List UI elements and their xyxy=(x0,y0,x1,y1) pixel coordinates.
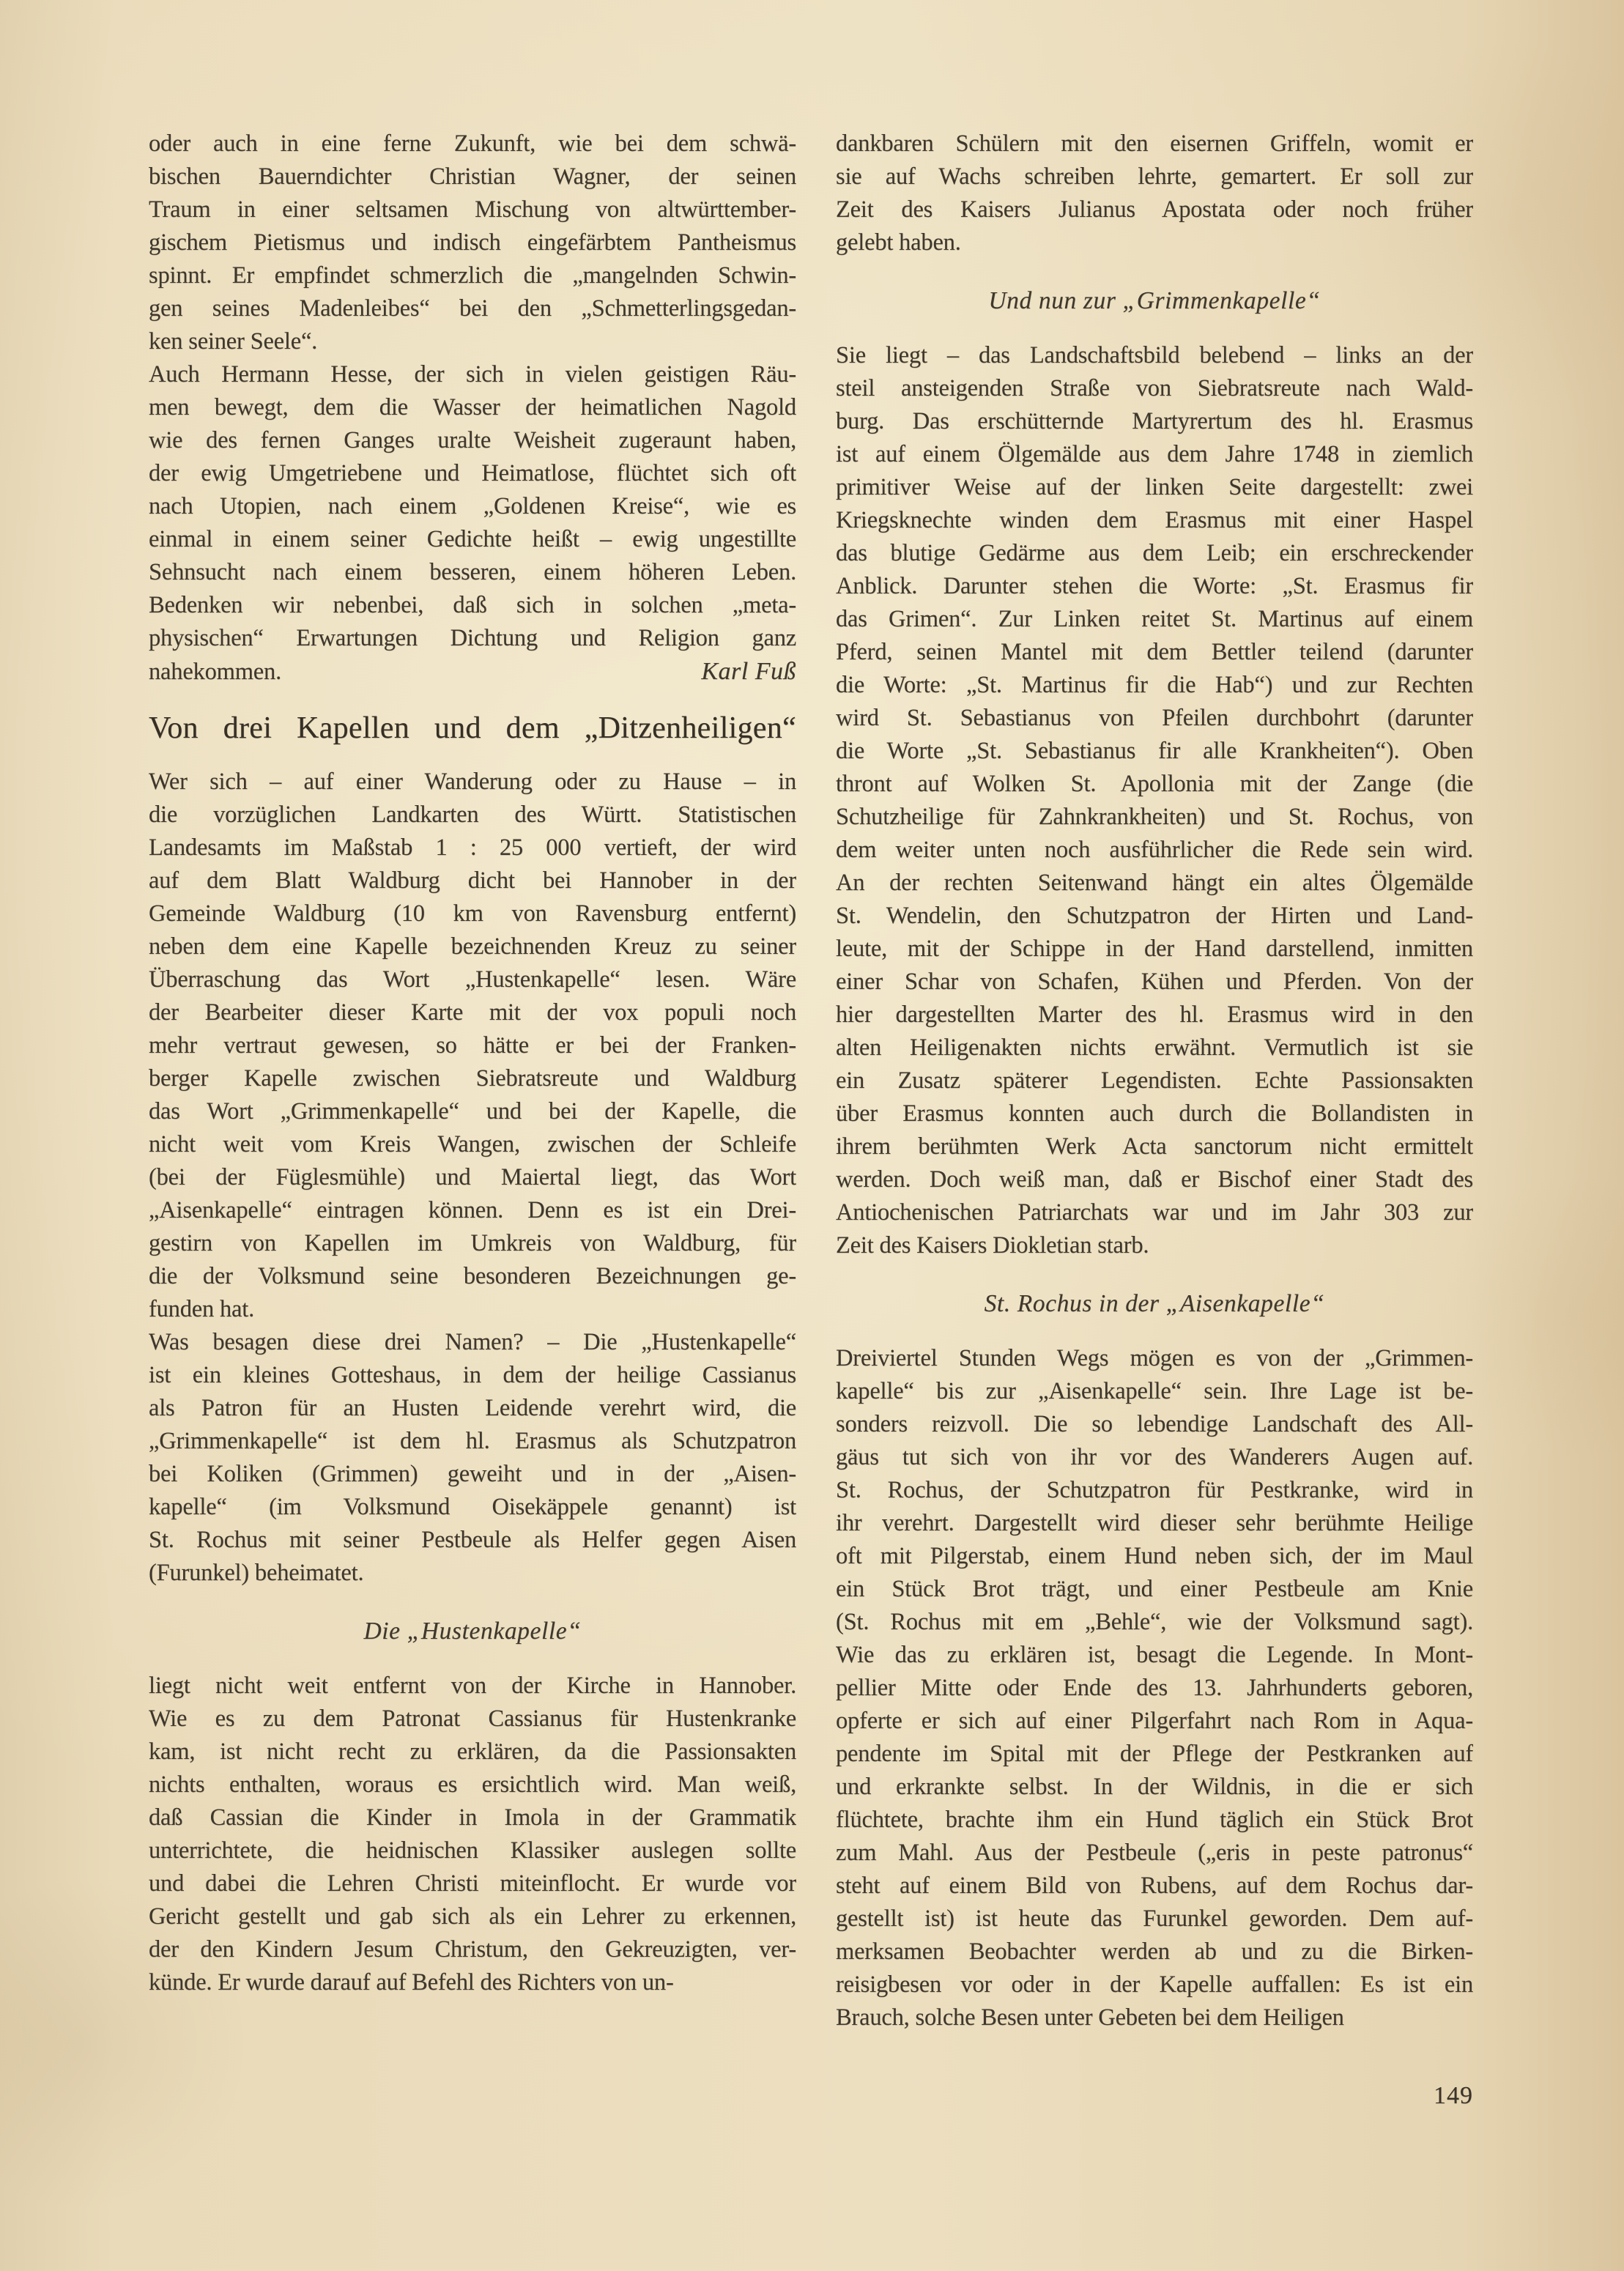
text-line: daß Cassian die Kinder in Imola in der G… xyxy=(149,1801,796,1834)
page-number: 149 xyxy=(836,2082,1473,2110)
text-line: opferte er sich auf einer Pilgerfahrt na… xyxy=(836,1705,1473,1738)
text-line: Anblick. Darunter stehen die Worte: „St.… xyxy=(836,570,1473,603)
paragraph: Was besagen diese drei Namen? – Die „Hus… xyxy=(149,1326,796,1590)
text-line: Überraschung das Wort „Hustenkapelle“ le… xyxy=(149,963,796,996)
text-line: das Grimen“. Zur Linken reitet St. Marti… xyxy=(836,603,1473,636)
text-line: nahekommen.Karl Fuß xyxy=(149,655,796,688)
paragraph: oder auch in eine ferne Zukunft, wie bei… xyxy=(149,127,796,358)
text-line: auf dem Blatt Waldburg dicht bei Hannobe… xyxy=(149,864,796,897)
scanned-book-page: oder auch in eine ferne Zukunft, wie bei… xyxy=(0,0,1624,2271)
text-line: St. Rochus, der Schutzpatron für Pestkra… xyxy=(836,1474,1473,1507)
text-line: Was besagen diese drei Namen? – Die „Hus… xyxy=(149,1326,796,1359)
text-line: „Aisenkapelle“ eintragen können. Denn es… xyxy=(149,1194,796,1227)
right-column: dankbaren Schülern mit den eisernen Grif… xyxy=(836,127,1473,2034)
text-line: ist auf einem Ölgemälde aus dem Jahre 17… xyxy=(836,438,1473,471)
text-line: men bewegt, dem die Wasser der heimatlic… xyxy=(149,391,796,424)
text-line: Brauch, solche Besen unter Gebeten bei d… xyxy=(836,2001,1473,2034)
text-line: St. Rochus mit seiner Pestbeule als Helf… xyxy=(149,1524,796,1557)
section-subheading: Die „Hustenkapelle“ xyxy=(149,1615,796,1648)
text-line: über Erasmus konnten auch durch die Boll… xyxy=(836,1097,1473,1130)
text-line: nichts enthalten, woraus es ersichtlich … xyxy=(149,1768,796,1801)
text-line: primitiver Weise auf der linken Seite da… xyxy=(836,471,1473,504)
paragraph-end-text: nahekommen. xyxy=(149,656,281,688)
text-line: ein Zusatz späterer Legendisten. Echte P… xyxy=(836,1064,1473,1097)
text-line: Gemeinde Waldburg (10 km von Ravensburg … xyxy=(149,897,796,930)
text-line: das blutige Gedärme aus dem Leib; ein er… xyxy=(836,537,1473,570)
text-line: Wie das zu erklären ist, besagt die Lege… xyxy=(836,1639,1473,1672)
text-line: pellier Mitte oder Ende des 13. Jahrhund… xyxy=(836,1672,1473,1705)
text-line: bischen Bauerndichter Christian Wagner, … xyxy=(149,160,796,193)
text-line: alten Heiligenakten nichts erwähnt. Verm… xyxy=(836,1031,1473,1064)
text-line: Bedenken wir nebenbei, daß sich in solch… xyxy=(149,589,796,622)
text-line: Auch Hermann Hesse, der sich in vielen g… xyxy=(149,358,796,391)
text-line: reisigbesen vor oder in der Kapelle auff… xyxy=(836,1968,1473,2001)
text-line: Traum in einer seltsamen Mischung von al… xyxy=(149,193,796,226)
text-line: kapelle“ bis zur „Aisenkapelle“ sein. Ih… xyxy=(836,1375,1473,1408)
text-line: Zeit des Kaisers Julianus Apostata oder … xyxy=(836,193,1473,226)
section-subheading: Und nun zur „Grimmenkapelle“ xyxy=(836,284,1473,317)
text-line: dem weiter unten noch ausführlicher die … xyxy=(836,834,1473,867)
paragraph: Wer sich – auf einer Wanderung oder zu H… xyxy=(149,766,796,1326)
text-line: hier dargestellten Marter des hl. Erasmu… xyxy=(836,999,1473,1031)
text-line: Sehnsucht nach einem besseren, einem höh… xyxy=(149,556,796,589)
text-line: oder auch in eine ferne Zukunft, wie bei… xyxy=(149,127,796,160)
text-line: wie des fernen Ganges uralte Weisheit zu… xyxy=(149,424,796,457)
text-line: einer Schar von Schafen, Kühen und Pferd… xyxy=(836,966,1473,999)
text-line: und erkrankte selbst. In der Wildnis, in… xyxy=(836,1771,1473,1804)
text-line: das Wort „Grimmenkapelle“ und bei der Ka… xyxy=(149,1095,796,1128)
text-line: Schutzheilige für Zahnkrankheiten) und S… xyxy=(836,801,1473,834)
text-line: bei Koliken (Grimmen) geweiht und in der… xyxy=(149,1458,796,1491)
text-line: kapelle“ (im Volksmund Oisekäppele genan… xyxy=(149,1491,796,1524)
text-line: nicht weit vom Kreis Wangen, zwischen de… xyxy=(149,1128,796,1161)
text-line: (St. Rochus mit em „Behle“, wie der Volk… xyxy=(836,1606,1473,1639)
text-line: burg. Das erschütternde Martyrertum des … xyxy=(836,405,1473,438)
paragraph: liegt nicht weit entfernt von der Kirche… xyxy=(149,1670,796,1999)
text-line: die Worte „St. Sebastianus fir alle Kran… xyxy=(836,735,1473,768)
text-line: steil ansteigenden Straße von Siebratsre… xyxy=(836,372,1473,405)
text-line: Landesamts im Maßstab 1 : 25 000 vertief… xyxy=(149,831,796,864)
text-line: (bei der Füglesmühle) und Maiertal liegt… xyxy=(149,1161,796,1194)
text-line: leute, mit der Schippe in der Hand darst… xyxy=(836,933,1473,966)
text-line: funden hat. xyxy=(149,1293,796,1326)
text-line: einmal in einem seiner Gedichte heißt – … xyxy=(149,523,796,556)
text-line: zum Mahl. Aus der Pestbeule („eris in pe… xyxy=(836,1837,1473,1870)
text-line: ihr verehrt. Dargestellt wird dieser seh… xyxy=(836,1507,1473,1540)
text-line: der ewig Umgetriebene und Heimatlose, fl… xyxy=(149,457,796,490)
text-line: Zeit des Kaisers Diokletian starb. xyxy=(836,1229,1473,1262)
text-line: Dreiviertel Stunden Wegs mögen es von de… xyxy=(836,1342,1473,1375)
text-line: thront auf Wolken St. Apollonia mit der … xyxy=(836,768,1473,801)
text-line: die vorzüglichen Landkarten des Württ. S… xyxy=(149,799,796,831)
text-line: als Patron für an Husten Leidende verehr… xyxy=(149,1392,796,1425)
text-line: dankbaren Schülern mit den eisernen Grif… xyxy=(836,127,1473,160)
paragraph: Sie liegt – das Landschaftsbild belebend… xyxy=(836,339,1473,1262)
text-line: gäus tut sich von ihr vor des Wanderers … xyxy=(836,1441,1473,1474)
text-line: nach Utopien, nach einem „Goldenen Kreis… xyxy=(149,490,796,523)
text-line: kam, ist nicht recht zu erklären, da die… xyxy=(149,1735,796,1768)
text-line: Antiochenischen Patriarchats war und im … xyxy=(836,1196,1473,1229)
text-line: und dabei die Lehren Christi miteinfloch… xyxy=(149,1867,796,1900)
text-line: sie auf Wachs schreiben lehrte, gemarter… xyxy=(836,160,1473,193)
paragraph: dankbaren Schülern mit den eisernen Grif… xyxy=(836,127,1473,259)
text-line: ken seiner Seele“. xyxy=(149,325,796,358)
text-line: künde. Er wurde darauf auf Befehl des Ri… xyxy=(149,1966,796,1999)
text-line: steht auf einem Bild von Rubens, auf dem… xyxy=(836,1870,1473,1903)
text-line: die Worte: „St. Martinus fir die Hab“) u… xyxy=(836,669,1473,702)
text-line: ist ein kleines Gotteshaus, in dem der h… xyxy=(149,1359,796,1392)
text-line: Kriegsknechte winden dem Erasmus mit ein… xyxy=(836,504,1473,537)
text-line: merksamen Beobachter werden ab und zu di… xyxy=(836,1935,1473,1968)
text-line: pendente im Spital mit der Pflege der Pe… xyxy=(836,1738,1473,1771)
text-line: gestellt ist) ist heute das Furunkel gew… xyxy=(836,1903,1473,1935)
text-line: mehr vertraut gewesen, so hätte er bei d… xyxy=(149,1029,796,1062)
text-line: unterrichtete, die heidnischen Klassiker… xyxy=(149,1834,796,1867)
text-line: sonders reizvoll. Die so lebendige Lands… xyxy=(836,1408,1473,1441)
text-line: neben dem eine Kapelle bezeichnenden Kre… xyxy=(149,930,796,963)
text-line: gischem Pietismus und indisch eingefärbt… xyxy=(149,226,796,259)
paragraph: Auch Hermann Hesse, der sich in vielen g… xyxy=(149,358,796,688)
article-title: Von drei Kapellen und dem „Ditzenheilige… xyxy=(149,708,796,748)
text-line: gen seines Madenleibes“ bei den „Schmett… xyxy=(149,292,796,325)
text-line: oft mit Pilgerstab, einem Hund neben sic… xyxy=(836,1540,1473,1573)
text-line: physischen“ Erwartungen Dichtung und Rel… xyxy=(149,622,796,655)
text-line: gelebt haben. xyxy=(836,226,1473,259)
text-line: werden. Doch weiß man, daß er Bischof ei… xyxy=(836,1163,1473,1196)
text-line: Sie liegt – das Landschaftsbild belebend… xyxy=(836,339,1473,372)
text-line: wird St. Sebastianus von Pfeilen durchbo… xyxy=(836,702,1473,735)
text-line: gestirn von Kapellen im Umkreis von Wald… xyxy=(149,1227,796,1260)
text-line: spinnt. Er empfindet schmerzlich die „ma… xyxy=(149,259,796,292)
text-line: liegt nicht weit entfernt von der Kirche… xyxy=(149,1670,796,1703)
text-line: die der Volksmund seine besonderen Bezei… xyxy=(149,1260,796,1293)
text-line: ihrem berühmten Werk Acta sanctorum nich… xyxy=(836,1130,1473,1163)
section-subheading: St. Rochus in der „Aisenkapelle“ xyxy=(836,1287,1473,1320)
text-line: „Grimmenkapelle“ ist dem hl. Erasmus als… xyxy=(149,1425,796,1458)
text-line: St. Wendelin, den Schutzpatron der Hirte… xyxy=(836,900,1473,933)
text-line: Wie es zu dem Patronat Cassianus für Hus… xyxy=(149,1703,796,1735)
text-line: Wer sich – auf einer Wanderung oder zu H… xyxy=(149,766,796,799)
text-line: ein Stück Brot trägt, und einer Pestbeul… xyxy=(836,1573,1473,1606)
paragraph: Dreiviertel Stunden Wegs mögen es von de… xyxy=(836,1342,1473,2034)
text-line: flüchtete, brachte ihm ein Hund täglich … xyxy=(836,1804,1473,1837)
text-line: Gericht gestellt und gab sich als ein Le… xyxy=(149,1900,796,1933)
left-column: oder auch in eine ferne Zukunft, wie bei… xyxy=(149,127,796,1999)
text-line: berger Kapelle zwischen Siebratsreute un… xyxy=(149,1062,796,1095)
text-line: (Furunkel) beheimatet. xyxy=(149,1557,796,1590)
text-line: An der rechten Seitenwand hängt ein alte… xyxy=(836,867,1473,900)
text-line: der den Kindern Jesum Christum, den Gekr… xyxy=(149,1933,796,1966)
text-line: Pferd, seinen Mantel mit dem Bettler tei… xyxy=(836,636,1473,669)
text-line: der Bearbeiter dieser Karte mit der vox … xyxy=(149,996,796,1029)
author-signature: Karl Fuß xyxy=(701,655,796,688)
